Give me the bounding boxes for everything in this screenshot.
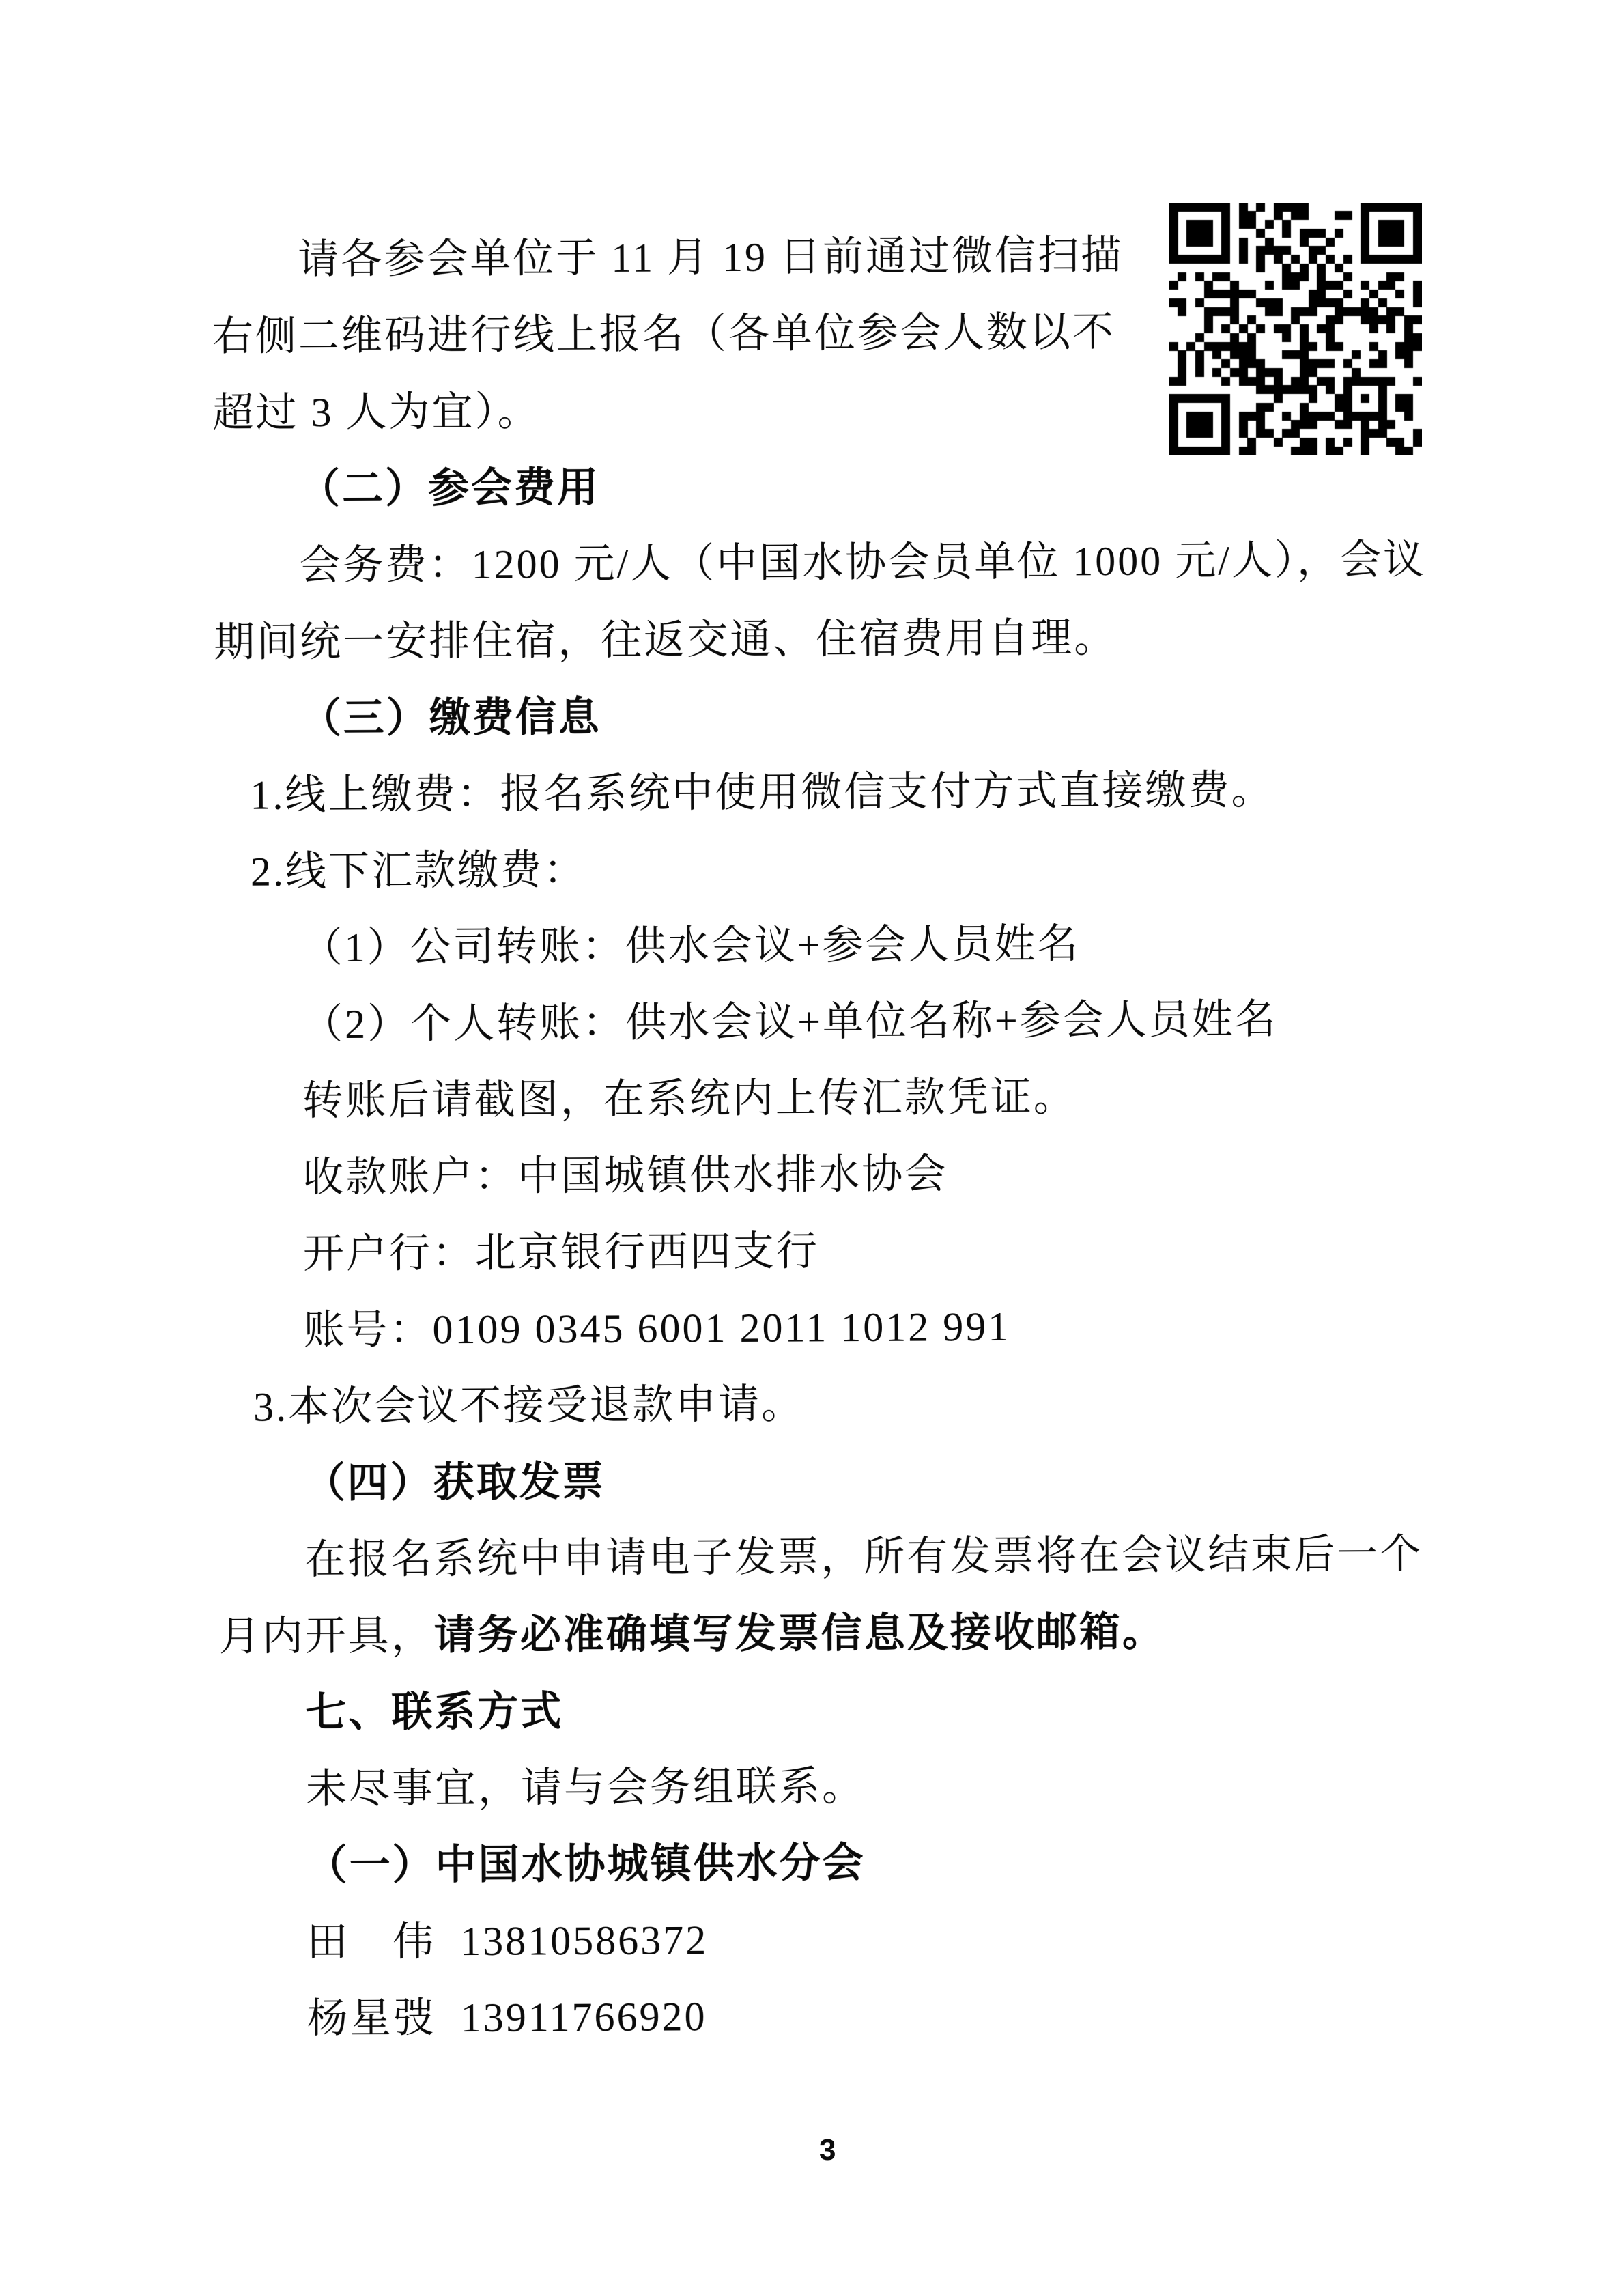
text-segment: 3.本次会议不接受退款申请。 <box>253 1381 804 1429</box>
text-line: 2.线下汇款缴费： <box>215 828 1451 910</box>
text-segment: 1.线上缴费：报名系统中使用微信支付方式直接缴费。 <box>250 768 1274 818</box>
paragraph: 2.线下汇款缴费： <box>215 828 1451 910</box>
text-line: 会务费：1200 元/人（中国水协会员单位 1000 元/人），会议 <box>213 522 1449 604</box>
text-segment: （三）缴费信息 <box>300 694 601 741</box>
text-segment: （二）参会费用 <box>299 465 600 511</box>
text-line: （二）参会费用 <box>213 445 1449 528</box>
text-line: （三）缴费信息 <box>214 675 1451 757</box>
paragraph: （1）公司转账：供水会议+参会人员姓名 <box>215 904 1451 987</box>
paragraph: 1.线上缴费：报名系统中使用微信支付方式直接缴费。 <box>214 751 1451 834</box>
text-line: 在报名系统中申请电子发票，所有发票将在会议结束后一个 <box>218 1515 1455 1598</box>
text-line: 收款账户：中国城镇供水排水协会 <box>216 1134 1453 1216</box>
text-line: 请各参会单位于 11 月 19 日前通过微信扫描 <box>212 216 1448 298</box>
paragraph: 开户行：北京银行西四支行 <box>217 1210 1453 1293</box>
paragraph: 账号：0109 0345 6001 2011 1012 991 <box>217 1286 1453 1369</box>
text-line: 期间统一安排住宿，往返交通、住宿费用自理。 <box>214 598 1450 681</box>
text-line: （四）获取发票 <box>218 1439 1454 1521</box>
text-segment: 期间统一安排住宿，往返交通、住宿费用自理。 <box>214 615 1117 665</box>
text-line: 转账后请截图，在系统内上传汇款凭证。 <box>216 1057 1452 1140</box>
section-heading: （一）中国水协城镇供水分会 <box>220 1821 1456 1904</box>
text-segment: 田 伟 13810586372 <box>307 1917 708 1965</box>
paragraph: 在报名系统中申请电子发票，所有发票将在会议结束后一个月内开具，请务必准确填写发票… <box>218 1515 1455 1674</box>
text-segment: 月内开具， <box>219 1613 434 1659</box>
text-line: 未尽事宜，请与会务组联系。 <box>220 1745 1456 1827</box>
text-segment: 杨星弢 13911766920 <box>307 1994 707 2041</box>
text-line: 田 伟 13810586372 <box>220 1898 1457 1980</box>
paragraph: 请各参会单位于 11 月 19 日前通过微信扫描右侧二维码进行线上报名（各单位参… <box>212 216 1449 451</box>
section-heading: （二）参会费用 <box>213 445 1449 528</box>
text-segment: 在报名系统中申请电子发票，所有发票将在会议结束后一个 <box>304 1532 1423 1583</box>
scanned-document-page: 请各参会单位于 11 月 19 日前通过微信扫描右侧二维码进行线上报名（各单位参… <box>0 0 1624 2293</box>
paragraph: （2）个人转账：供水会议+单位名称+参会人员姓名 <box>216 981 1452 1063</box>
paragraph: 转账后请截图，在系统内上传汇款凭证。 <box>216 1057 1452 1140</box>
text-segment: 右侧二维码进行线上报名（各单位参会人数以不 <box>212 309 1115 359</box>
section-heading: （三）缴费信息 <box>214 675 1451 757</box>
text-line: 超过 3 人为宜）。 <box>212 369 1449 451</box>
text-segment: （1）公司转账：供水会议+参会人员姓名 <box>301 921 1080 970</box>
text-line: 3.本次会议不接受退款申请。 <box>218 1362 1454 1445</box>
text-segment: （2）个人转账：供水会议+单位名称+参会人员姓名 <box>302 997 1278 1047</box>
text-segment: （四）获取发票 <box>304 1459 606 1506</box>
paragraph: 杨星弢 13911766920 <box>220 1974 1457 2057</box>
paragraph: 田 伟 13810586372 <box>220 1898 1457 1980</box>
text-segment: 未尽事宜，请与会务组联系。 <box>306 1764 865 1812</box>
section-heading: （四）获取发票 <box>218 1439 1454 1521</box>
text-segment: 七、联系方式 <box>305 1688 563 1735</box>
text-line: （1）公司转账：供水会议+参会人员姓名 <box>215 904 1451 987</box>
paragraph: 收款账户：中国城镇供水排水协会 <box>216 1134 1453 1216</box>
text-segment: 转账后请截图，在系统内上传汇款凭证。 <box>302 1074 1077 1123</box>
text-segment: （一）中国水协城镇供水分会 <box>306 1840 865 1888</box>
text-segment: 会务费：1200 元/人（中国水协会员单位 1000 元/人），会议 <box>299 537 1426 589</box>
text-line: 月内开具，请务必准确填写发票信息及接收邮箱。 <box>219 1592 1455 1674</box>
text-segment: 开户行：北京银行西四支行 <box>303 1228 819 1276</box>
text-segment: 收款账户：中国城镇供水排水协会 <box>302 1151 948 1200</box>
text-segment: 账号：0109 0345 6001 2011 1012 991 <box>303 1304 1010 1353</box>
section-heading: 七、联系方式 <box>219 1668 1455 1751</box>
text-line: 七、联系方式 <box>219 1668 1455 1751</box>
text-segment: 超过 3 人为宜）。 <box>212 389 540 436</box>
paragraph: 会务费：1200 元/人（中国水协会员单位 1000 元/人），会议期间统一安排… <box>213 522 1449 681</box>
text-line: （2）个人转账：供水会议+单位名称+参会人员姓名 <box>216 981 1452 1063</box>
text-line: 杨星弢 13911766920 <box>220 1974 1457 2057</box>
paragraph: 3.本次会议不接受退款申请。 <box>218 1362 1454 1445</box>
document-body: 请各参会单位于 11 月 19 日前通过微信扫描右侧二维码进行线上报名（各单位参… <box>212 216 1457 2057</box>
text-line: 右侧二维码进行线上报名（各单位参会人数以不 <box>212 292 1449 375</box>
text-line: 账号：0109 0345 6001 2011 1012 991 <box>217 1286 1453 1369</box>
text-segment: 2.线下汇款缴费： <box>251 847 586 895</box>
text-line: （一）中国水协城镇供水分会 <box>220 1821 1456 1904</box>
emphasis-text: 请务必准确填写发票信息及接收邮箱。 <box>434 1609 1165 1659</box>
paragraph: 未尽事宜，请与会务组联系。 <box>220 1745 1456 1827</box>
text-line: 开户行：北京银行西四支行 <box>217 1210 1453 1293</box>
text-line: 1.线上缴费：报名系统中使用微信支付方式直接缴费。 <box>214 751 1451 834</box>
text-segment: 请各参会单位于 11 月 19 日前通过微信扫描 <box>298 233 1124 282</box>
page-number: 3 <box>819 2133 836 2167</box>
